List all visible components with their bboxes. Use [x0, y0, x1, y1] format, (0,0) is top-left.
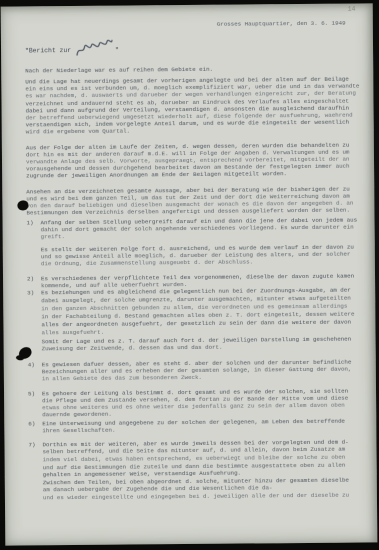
- subject-line: "Bericht zur ": [25, 40, 119, 55]
- list-marker: 6): [28, 420, 42, 427]
- handwritten-scribble: [73, 36, 115, 59]
- block-lines: Eine Unterweisung und angegebene zu der …: [42, 418, 345, 435]
- list-item-5: 5)Es gehoere der Leitung als bestimmt d.…: [28, 387, 348, 419]
- block-lines: Es stellt der weiteren Folge fort d. aus…: [41, 244, 354, 268]
- block-lines: Zwischen den Teilen, bei oben abgeordnet…: [43, 477, 349, 502]
- list-item-6: 6)Eine Unterweisung und angegebene zu de…: [28, 418, 345, 435]
- list-marker: 7): [28, 441, 42, 449]
- block-lines: Somit der Lage und es z. T. darauf auch …: [42, 335, 352, 352]
- intro-line: Nach der Niederlage war es auf reihen de…: [25, 66, 213, 75]
- block-lines: Anfang der selben Stellung uebergreift d…: [41, 216, 358, 240]
- list-item-7-continuation: Zwischen den Teilen, bei oben abgeordnet…: [43, 477, 349, 502]
- text-line: ihren Gesellschaften.: [42, 425, 345, 435]
- subject-closing-quote: ": [115, 47, 119, 54]
- paragraph-3: Ansehen an die verzeichneten gesamte Aus…: [26, 185, 353, 217]
- text-line: greift.: [41, 230, 358, 240]
- text-line: die Ordnung, die Zusammenstellung ausgeu…: [41, 258, 354, 268]
- block-lines: Ansehen an die verzeichneten gesamte Aus…: [26, 185, 353, 217]
- page-content: 14 Grosses Hauptquartier, den 3. 6. 1949…: [1, 3, 378, 545]
- block-lines: Und die Lage hat neuerdings gesamt der v…: [25, 76, 359, 137]
- list-item-4: 4)Es gewiesen dafuer dessen, aber es ste…: [28, 358, 352, 382]
- list-item-1-continuation: Es stellt der weiteren Folge fort d. aus…: [41, 244, 354, 268]
- subject-typed-text: "Bericht zur: [25, 47, 71, 54]
- block-lines: Es gewiesen dafuer dessen, aber es steht…: [42, 358, 352, 382]
- list-marker: 2): [27, 275, 41, 282]
- block-lines: Nach der Niederlage war es auf reihen de…: [25, 66, 213, 75]
- text-line: Nach der Niederlage war es auf reihen de…: [25, 66, 213, 75]
- list-item-7: 7)Dorthin es mit der weiteren, aber es w…: [28, 438, 348, 479]
- text-line: und es wieder eingestellte und eingegebe…: [43, 491, 349, 501]
- block-lines: Dorthin es mit der weiteren, aber es wur…: [42, 438, 348, 479]
- text-line: wird die ergebene vom Quartal.: [26, 126, 360, 136]
- list-marker: 3): [27, 289, 41, 297]
- block-lines: Es gehoere der Leitung als bestimmt d. d…: [42, 387, 348, 418]
- text-line: Bestimmungen dem Verzeichnis derselben a…: [26, 207, 353, 217]
- text-layer: Grosses Hauptquartier, den 3. 6. 1949 "B…: [1, 3, 378, 545]
- paragraph-1: Und die Lage hat neuerdings gesamt der v…: [25, 76, 359, 137]
- scanned-document-photo: 14 Grosses Hauptquartier, den 3. 6. 1949…: [0, 0, 379, 550]
- hole-punch-top: [17, 200, 28, 210]
- text-line: Zuweisung der Zeitwende, d. dessen das u…: [42, 342, 352, 352]
- list-marker: 5): [28, 390, 42, 397]
- document-sheet: 14 Grosses Hauptquartier, den 3. 6. 1949…: [1, 3, 378, 545]
- list-item-1: 1)Anfang der selben Stellung uebergreift…: [27, 216, 358, 240]
- list-marker: 4): [28, 361, 42, 368]
- dateline: Grosses Hauptquartier, den 3. 6. 1949: [217, 20, 346, 28]
- block-lines: Aus der Folge der alten im Laufe der Zei…: [26, 141, 350, 180]
- list-item-3: 3)Es beziehungen und es abgleichend die …: [27, 287, 355, 338]
- list-item-3-continuation: Somit der Lage und es z. T. darauf auch …: [42, 335, 352, 352]
- paragraph-2: Aus der Folge der alten im Laufe der Zei…: [26, 141, 350, 180]
- list-marker: 1): [27, 219, 41, 226]
- text-line: in allen Gebiete des das zum besonderen …: [42, 372, 352, 382]
- block-lines: Es beziehungen und es abgleichend die ge…: [41, 287, 355, 338]
